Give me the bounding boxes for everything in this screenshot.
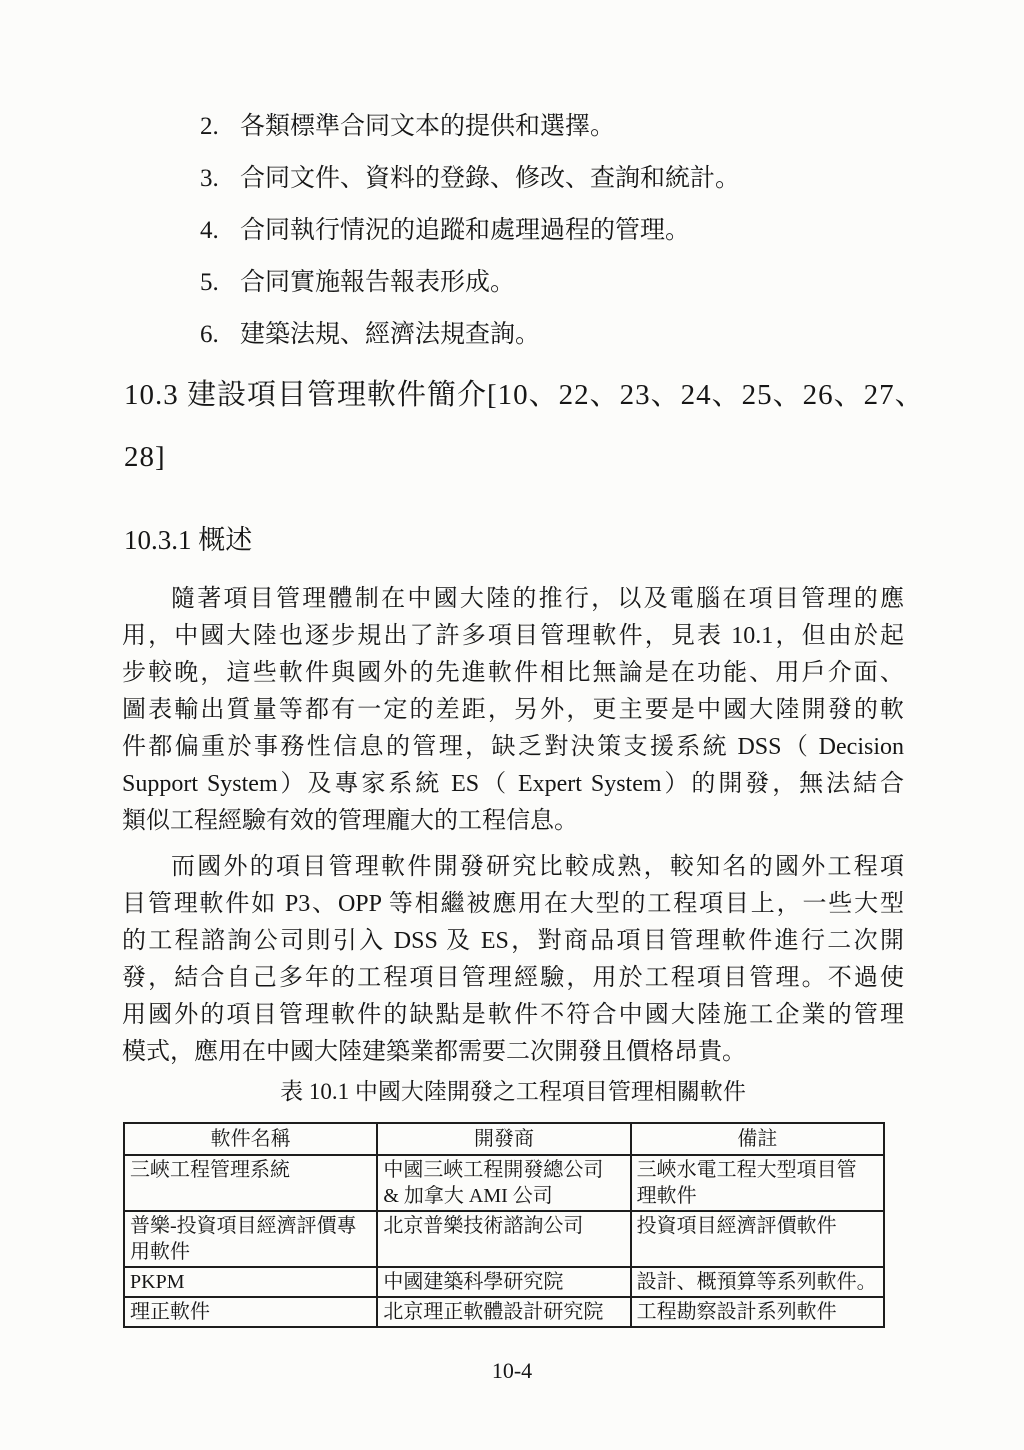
section-heading-line1: 10.3 建設項目管理軟件簡介[10、22、23、24、25、26、27、 <box>124 378 925 412</box>
paragraph-line: 用，中國大陸也逐步規出了許多項目管理軟件，見表 10.1，但由於起 <box>122 618 904 655</box>
paragraph-1: 隨著項目管理體制在中國大陸的推行，以及電腦在項目管理的應 用，中國大陸也逐步規出… <box>122 581 904 840</box>
paragraph-line: 模式，應用在中國大陸建築業都需要二次開發且價格昂貴。 <box>122 1034 904 1071</box>
paragraph-2: 而國外的項目管理軟件開發研究比較成熟，較知名的國外工程項 目管理軟件如 P3、O… <box>122 849 904 1071</box>
list-item: 5. 合同實施報告報表形成。 <box>200 269 515 297</box>
paragraph-line: 步較晚，這些軟件與國外的先進軟件相比無論是在功能、用戶介面、 <box>122 655 904 692</box>
cell-software-name: 普樂-投資項目經濟評價專 用軟件 <box>124 1211 377 1267</box>
paragraph-line: 圖表輸出質量等都有一定的差距，另外，更主要是中國大陸開發的軟 <box>122 692 904 729</box>
paragraph-line: 發，結合自己多年的工程項目管理經驗，用於工程項目管理。不過使 <box>122 960 904 997</box>
paragraph-line: 而國外的項目管理軟件開發研究比較成熟，較知名的國外工程項 <box>122 849 904 886</box>
cell-software-name: 理正軟件 <box>124 1297 377 1327</box>
column-header-notes: 備註 <box>631 1123 884 1155</box>
cell-software-name: 三峽工程管理系統 <box>124 1155 377 1211</box>
paragraph-line: 用國外的項目管理軟件的缺點是軟件不符合中國大陸施工企業的管理 <box>122 997 904 1034</box>
cell-developer: 中國三峽工程開發總公司 & 加拿大 AMI 公司 <box>377 1155 630 1211</box>
page-number: 10-4 <box>0 1358 1024 1384</box>
table-row: 普樂-投資項目經濟評價專 用軟件 北京普樂技術諮詢公司 投資項目經濟評價軟件 <box>124 1211 884 1267</box>
list-item: 2. 各類標準合同文本的提供和選擇。 <box>200 113 615 141</box>
cell-developer: 北京普樂技術諮詢公司 <box>377 1211 630 1267</box>
table-row: PKPM 中國建築科學研究院 設計、概預算等系列軟件。 <box>124 1267 884 1297</box>
list-item-number: 4. <box>200 217 224 245</box>
list-item: 3. 合同文件、資料的登錄、修改、查詢和統計。 <box>200 165 740 193</box>
list-item-text: 合同文件、資料的登錄、修改、查詢和統計。 <box>240 165 740 193</box>
list-item-number: 3. <box>200 165 224 193</box>
paragraph-line: 類似工程經驗有效的管理龐大的工程信息。 <box>122 803 904 840</box>
table-caption: 表 10.1 中國大陸開發之工程項目管理相關軟件 <box>122 1078 904 1106</box>
list-item-number: 5. <box>200 269 224 297</box>
cell-notes: 三峽水電工程大型項目管 理軟件 <box>631 1155 884 1211</box>
list-item-text: 合同實施報告報表形成。 <box>240 269 515 297</box>
software-table: 軟件名稱 開發商 備註 三峽工程管理系統 中國三峽工程開發總公司 & 加拿大 A… <box>123 1122 885 1328</box>
paragraph-line: 隨著項目管理體制在中國大陸的推行，以及電腦在項目管理的應 <box>122 581 904 618</box>
cell-software-name: PKPM <box>124 1267 377 1297</box>
cell-developer: 中國建築科學研究院 <box>377 1267 630 1297</box>
list-item-text: 建築法規、經濟法規查詢。 <box>240 321 540 349</box>
subsection-heading: 10.3.1 概述 <box>124 524 252 556</box>
paragraph-line: 目管理軟件如 P3、OPP 等相繼被應用在大型的工程項目上，一些大型 <box>122 886 904 923</box>
column-header-software-name: 軟件名稱 <box>124 1123 377 1155</box>
cell-notes: 設計、概預算等系列軟件。 <box>631 1267 884 1297</box>
table-row: 三峽工程管理系統 中國三峽工程開發總公司 & 加拿大 AMI 公司 三峽水電工程… <box>124 1155 884 1211</box>
table-header-row: 軟件名稱 開發商 備註 <box>124 1123 884 1155</box>
list-item-number: 2. <box>200 113 224 141</box>
paragraph-line: 的工程諮詢公司則引入 DSS 及 ES，對商品項目管理軟件進行二次開 <box>122 923 904 960</box>
paragraph-line: 件都偏重於事務性信息的管理，缺乏對決策支援系統 DSS（ Decision <box>122 729 904 766</box>
column-header-developer: 開發商 <box>377 1123 630 1155</box>
paragraph-line: Support System）及專家系統 ES（ Expert System）的… <box>122 766 904 803</box>
document-page: 2. 各類標準合同文本的提供和選擇。 3. 合同文件、資料的登錄、修改、查詢和統… <box>0 0 1024 1450</box>
cell-developer: 北京理正軟體設計研究院 <box>377 1297 630 1327</box>
list-item-text: 合同執行情況的追蹤和處理過程的管理。 <box>240 217 690 245</box>
section-heading-line2: 28] <box>124 440 166 474</box>
table-body: 三峽工程管理系統 中國三峽工程開發總公司 & 加拿大 AMI 公司 三峽水電工程… <box>124 1155 884 1327</box>
table-header: 軟件名稱 開發商 備註 <box>124 1123 884 1155</box>
table-row: 理正軟件 北京理正軟體設計研究院 工程勘察設計系列軟件 <box>124 1297 884 1327</box>
list-item-text: 各類標準合同文本的提供和選擇。 <box>240 113 615 141</box>
cell-notes: 投資項目經濟評價軟件 <box>631 1211 884 1267</box>
list-item-number: 6. <box>200 321 224 349</box>
list-item: 4. 合同執行情況的追蹤和處理過程的管理。 <box>200 217 690 245</box>
cell-notes: 工程勘察設計系列軟件 <box>631 1297 884 1327</box>
list-item: 6. 建築法規、經濟法規查詢。 <box>200 321 540 349</box>
